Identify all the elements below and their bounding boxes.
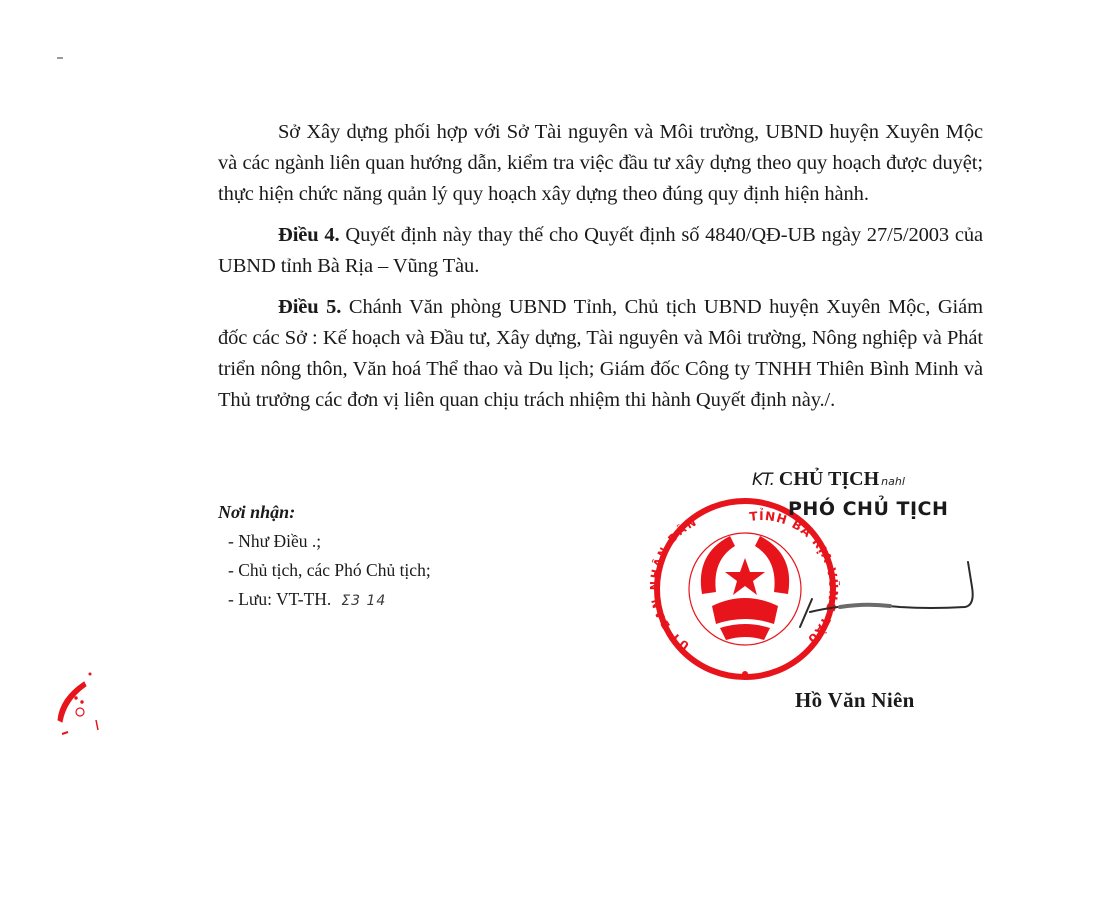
recipient-archive: - Lưu: VT-TH. xyxy=(228,589,331,609)
paragraph-construction-dept: Sở Xây dựng phối hợp với Sở Tài nguyên v… xyxy=(218,117,983,210)
article-4: Điều 4. Quyết định này thay thế cho Quyế… xyxy=(218,220,983,282)
article-4-label: Điều 4. xyxy=(278,224,340,246)
partial-seal-mark-icon xyxy=(52,668,112,738)
article-5: Điều 5. Chánh Văn phòng UBND Tỉnh, Chủ t… xyxy=(218,292,983,416)
handwritten-note: Σ3 14 xyxy=(341,593,386,609)
signature-title: KT. CHỦ TỊCHnahl xyxy=(752,468,905,491)
signer-name: Hồ Văn Niên xyxy=(795,688,915,713)
initials-scrawl: nahl xyxy=(881,475,905,488)
svg-text:ỦY BAN NHÂN DÂN: ỦY BAN NHÂN DÂN xyxy=(650,515,700,653)
recipients-block: Nơi nhận: - Như Điều .; - Chủ tịch, các … xyxy=(218,498,518,616)
recipients-heading: Nơi nhận: xyxy=(218,498,518,527)
decision-body: Sở Xây dựng phối hợp với Sở Tài nguyên v… xyxy=(218,117,983,426)
handwritten-signature-icon xyxy=(790,557,990,632)
scan-artifact xyxy=(57,57,63,59)
signature-block: ỦY BAN NHÂN DÂN TỈNH BÀ RỊA VŨNG TÀU KT.… xyxy=(640,462,990,732)
signature-title-line-1: CHỦ TỊCH xyxy=(779,468,879,490)
paragraph-text: Sở Xây dựng phối hợp với Sở Tài nguyên v… xyxy=(218,121,983,205)
recipient-item: - Như Điều .; xyxy=(218,527,518,556)
recipient-item: - Chủ tịch, các Phó Chủ tịch; xyxy=(218,556,518,585)
signature-title-line-2: PHÓ CHỦ TỊCH xyxy=(788,498,948,520)
signature-prefix: KT. xyxy=(752,470,774,490)
article-5-label: Điều 5. xyxy=(278,296,341,318)
recipient-item: - Lưu: VT-TH.Σ3 14 xyxy=(218,585,518,616)
document-page: Sở Xây dựng phối hợp với Sở Tài nguyên v… xyxy=(0,0,1100,922)
